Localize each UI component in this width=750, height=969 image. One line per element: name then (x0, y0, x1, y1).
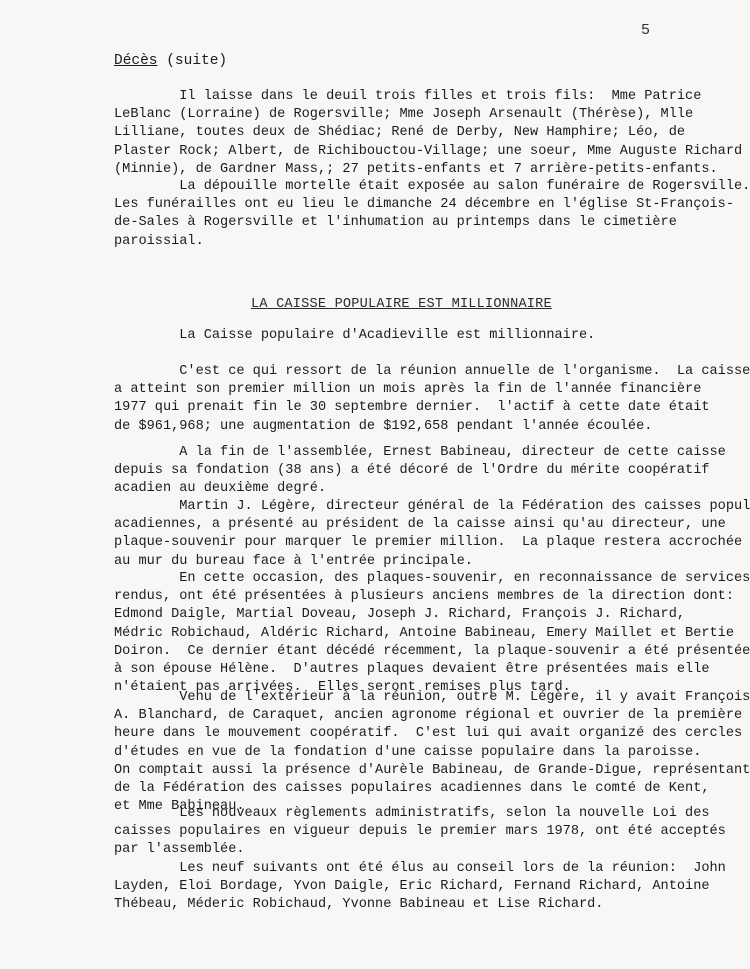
page-number: 5 (641, 22, 650, 39)
section-heading-suffix: (suite) (158, 53, 228, 69)
section-heading-main: Décès (114, 53, 158, 69)
paragraph-conseil: Les neuf suivants ont été élus au consei… (114, 860, 714, 915)
paragraph-legere-plaque: Martin J. Légère, directeur général de l… (114, 498, 714, 571)
paragraph-plaques-souvenir: En cette occasion, des plaques-souvenir,… (114, 570, 714, 697)
section-heading: Décès (suite) (114, 53, 227, 69)
paragraph-funeral: La dépouille mortelle était exposée au s… (114, 178, 714, 251)
paragraph-visitors: Venu de l'extérieur à la réunion, outre … (114, 689, 714, 816)
paragraph-babineau-award: A la fin de l'assemblée, Ernest Babineau… (114, 444, 714, 499)
paragraph-annual-meeting: C'est ce qui ressort de la réunion annue… (114, 363, 714, 436)
paragraph-reglements: Les nouveaux règlements administratifs, … (114, 805, 714, 860)
document-page: 5 Décès (suite) Il laisse dans le deuil … (0, 0, 750, 969)
paragraph-survivors: Il laisse dans le deuil trois filles et … (114, 88, 714, 179)
paragraph-caisse-intro: La Caisse populaire d'Acadieville est mi… (114, 327, 714, 345)
article-title: LA CAISSE POPULAIRE EST MILLIONNAIRE (251, 297, 552, 312)
